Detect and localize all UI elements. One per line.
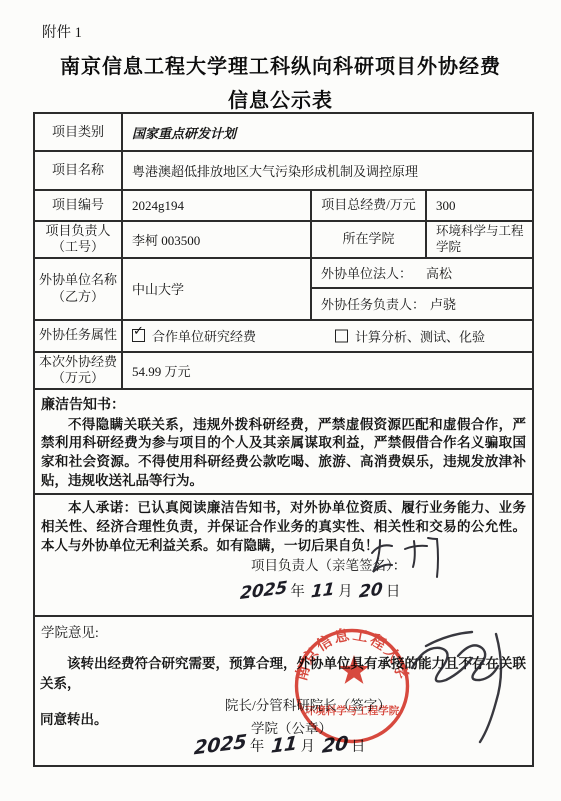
project-leader-label: 项目负责人 （工号） (34, 221, 122, 258)
partner-unit-value: 中山大学 (122, 258, 311, 320)
year-unit: 年 (250, 739, 265, 755)
project-category-value: 国家重点研发计划 (122, 113, 533, 151)
checkbox-checked-icon: ✓ (132, 329, 145, 342)
college-opinion-date: 2025年 11月 20日 (191, 734, 366, 756)
publicity-table: 项目类别 国家重点研发计划 项目名称 粤港澳超低排放地区大气污染形成机制及调控原… (33, 112, 534, 767)
task-leader-value: 卢骁 (430, 297, 456, 312)
task-attribute-options: ✓合作单位研究经费 计算分析、测试、化验 (122, 320, 533, 352)
table-row-project-number: 项目编号 2024g194 项目总经费/万元 300 (34, 190, 533, 221)
total-budget-value: 300 (426, 190, 533, 221)
option-cooperation-label: 合作单位研究经费 (152, 329, 256, 344)
table-row-task-attribute: 外协任务属性 ✓合作单位研究经费 计算分析、测试、化验 (34, 320, 533, 352)
handwritten-day: 20 (321, 732, 349, 758)
project-number-value: 2024g194 (122, 190, 311, 221)
college-opinion-cell: 学院意见: 该转出经费符合研究需要，预算合理，外协单位具有承接的能力且不存在关联… (34, 616, 533, 766)
task-leader-label: 外协任务负责人： (321, 297, 425, 312)
project-category-label: 项目类别 (34, 113, 122, 151)
day-unit: 日 (351, 739, 366, 755)
table-row-project-category: 项目类别 国家重点研发计划 (34, 113, 533, 151)
current-fund-value: 54.99 万元 (122, 352, 533, 389)
integrity-notice-cell: 廉洁告知书： 不得隐瞒关联关系，违规外拨科研经费，严禁虚假资源匹配和虚假合作，严… (34, 389, 533, 495)
project-leader-value: 李柯 003500 (122, 221, 311, 258)
table-row-integrity-notice: 廉洁告知书： 不得隐瞒关联关系，违规外拨科研经费，严禁虚假资源匹配和虚假合作，严… (34, 389, 533, 495)
commitment-cell: 本人承诺：已认真阅读廉洁告知书，对外协单位资质、履行业务能力、业务相关性、经济合… (34, 494, 533, 616)
current-fund-label: 本次外协经费 （万元） (34, 352, 122, 389)
total-budget-label: 项目总经费/万元 (311, 190, 426, 221)
option-analysis-label: 计算分析、测试、化验 (355, 329, 485, 344)
project-name-value: 粤港澳超低排放地区大气污染形成机制及调控原理 (122, 151, 533, 190)
table-row-current-fund: 本次外协经费 （万元） 54.99 万元 (34, 352, 533, 389)
integrity-notice-heading: 廉洁告知书： (40, 392, 527, 414)
month-unit: 月 (338, 584, 353, 600)
form-title: 南京信息工程大学理工科纵向科研项目外协经费 信息公示表 (0, 49, 561, 117)
day-unit: 日 (386, 584, 401, 600)
form-title-line1: 南京信息工程大学理工科纵向科研项目外协经费 (0, 49, 561, 83)
handwritten-day: 20 (358, 579, 383, 602)
pi-signature-label: 项目负责人（亲笔签名）： (251, 554, 406, 574)
handwritten-year: 2025 (239, 578, 288, 604)
table-row-partner-unit: 外协单位名称 （乙方） 中山大学 外协单位法人：高松 (34, 258, 533, 288)
scanned-form-page: 附件 1 南京信息工程大学理工科纵向科研项目外协经费 信息公示表 项目类别 国家… (0, 0, 561, 801)
year-unit: 年 (290, 584, 305, 600)
checkbox-unchecked-icon (335, 329, 348, 342)
dean-signature-label: 院长/分管科研院长（签字） (225, 694, 391, 714)
attachment-label: 附件 1 (42, 21, 82, 42)
table-row-project-leader: 项目负责人 （工号） 李柯 003500 所在学院 环境科学与工程学院 (34, 221, 533, 258)
table-row-commitment: 本人承诺：已认真阅读廉洁告知书，对外协单位资质、履行业务能力、业务相关性、经济合… (34, 494, 533, 616)
task-leader-cell: 外协任务负责人：卢骁 (311, 288, 533, 320)
handwritten-month: 11 (311, 579, 336, 602)
commitment-date: 2025年 11月 20日 (237, 580, 400, 601)
commitment-body: 本人承诺：已认真阅读廉洁告知书，对外协单位资质、履行业务能力、业务相关性、经济合… (41, 499, 526, 556)
month-unit: 月 (300, 739, 315, 755)
project-name-label: 项目名称 (34, 151, 122, 190)
task-attribute-label: 外协任务属性 (34, 320, 122, 352)
college-label: 所在学院 (311, 221, 426, 258)
college-opinion-line1: 该转出经费符合研究需要，预算合理，外协单位具有承接的能力且不存在关联关系， (40, 652, 527, 692)
college-value: 环境科学与工程学院 (426, 221, 533, 258)
legal-person-cell: 外协单位法人：高松 (311, 258, 533, 288)
legal-person-value: 高松 (426, 266, 452, 281)
handwritten-month: 11 (270, 732, 298, 758)
project-number-label: 项目编号 (34, 190, 122, 221)
option-cooperation: ✓合作单位研究经费 (132, 329, 256, 344)
option-analysis: 计算分析、测试、化验 (335, 326, 485, 345)
handwritten-year: 2025 (193, 731, 247, 760)
college-opinion-heading: 学院意见: (40, 619, 527, 641)
table-row-project-name: 项目名称 粤港澳超低排放地区大气污染形成机制及调控原理 (34, 151, 533, 190)
partner-unit-label: 外协单位名称 （乙方） (34, 258, 122, 320)
table-row-college-opinion: 学院意见: 该转出经费符合研究需要，预算合理，外协单位具有承接的能力且不存在关联… (34, 616, 533, 766)
legal-person-label: 外协单位法人： (321, 266, 412, 281)
integrity-notice-body: 不得隐瞒关联关系，违规外拨科研经费，严禁虚假资源匹配和虚假合作，严禁利用科研经费… (41, 416, 526, 492)
